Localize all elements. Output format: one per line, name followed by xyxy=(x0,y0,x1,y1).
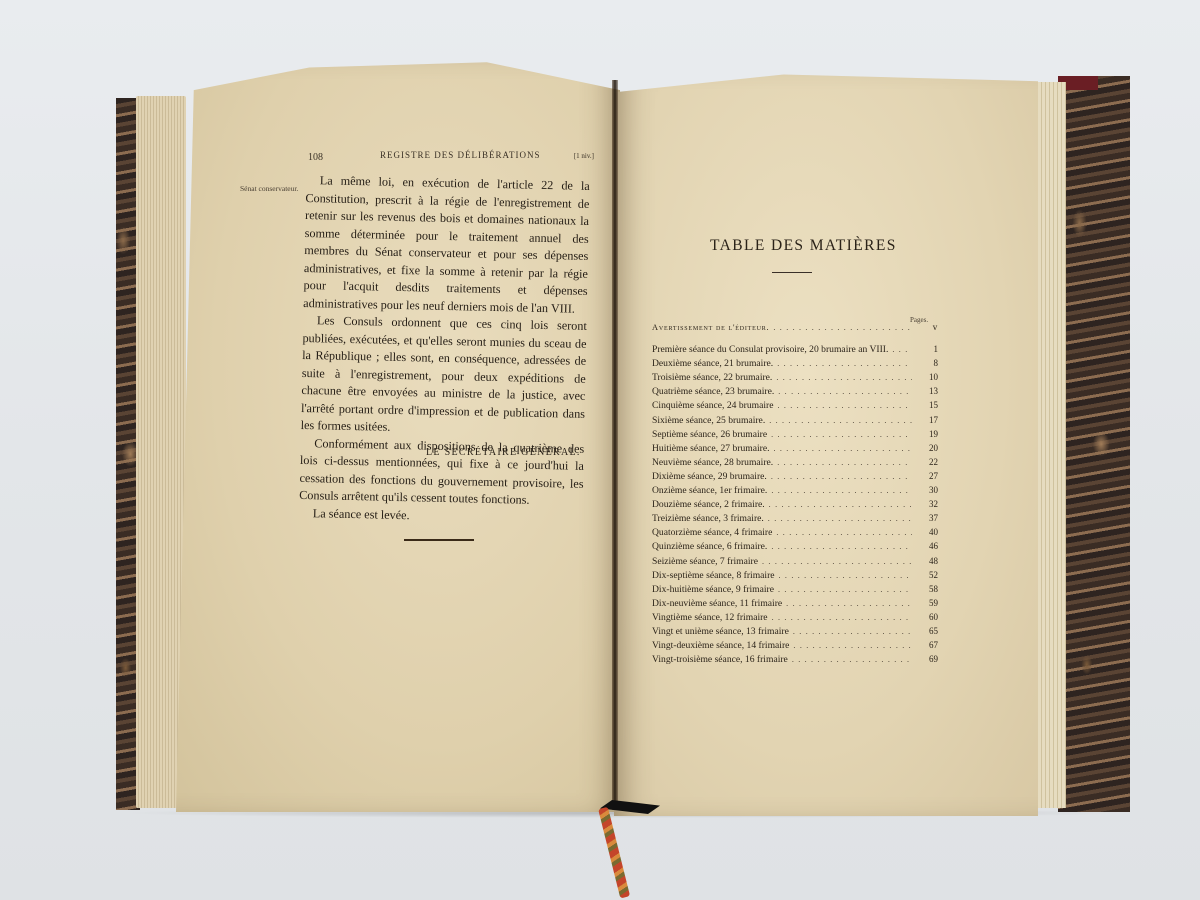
leader-dots: ........................................ xyxy=(771,542,912,551)
toc-row: Vingt et unième séance, 13 frimaire.....… xyxy=(652,626,938,640)
toc-row: Dix-huitième séance, 9 frimaire.........… xyxy=(652,584,938,598)
leader-dots: ........................................ xyxy=(771,472,912,481)
toc-entry-label: Dix-septième séance, 8 frimaire xyxy=(652,570,775,581)
toc-row: Quinzième séance, 6 frimaire............… xyxy=(652,541,938,555)
body-text: La même loi, en exécution de l'article 2… xyxy=(299,172,590,528)
toc-entry-page: 40 xyxy=(918,527,938,537)
paragraph: Conformément aux dispositions de la quat… xyxy=(299,434,584,510)
toc-entry-label: Vingt-deuxième séance, 14 frimaire xyxy=(652,640,789,651)
leader-dots: ........................................ xyxy=(769,500,912,509)
toc-entry-page: 17 xyxy=(918,415,938,425)
toc-title: TABLE DES MATIÈRES xyxy=(710,237,897,255)
leader-dots: ........................................ xyxy=(793,627,912,636)
toc-entry-label: Troisième séance, 22 brumaire. xyxy=(652,372,772,383)
toc-entry-label: Avertissement de l'éditeur. xyxy=(652,323,769,332)
toc-entry-label: Vingt et unième séance, 13 frimaire xyxy=(652,626,789,637)
leader-dots: ........................................ xyxy=(779,571,912,580)
toc-entry-label: Vingt-troisième séance, 16 frimaire xyxy=(652,654,788,665)
toc-entry-page: 67 xyxy=(918,640,938,650)
toc-entry-page: 15 xyxy=(918,400,938,410)
toc-entry-label: Onzième séance, 1er frimaire. xyxy=(652,485,767,496)
toc-row: Dixième séance, 29 brumaire.............… xyxy=(652,471,938,485)
toc-row: Deuxième séance, 21 brumaire............… xyxy=(652,358,938,372)
toc-row: Troisième séance, 22 brumaire...........… xyxy=(652,372,938,386)
toc-entry-label: Deuxième séance, 21 brumaire. xyxy=(652,358,773,369)
book-gutter xyxy=(612,80,618,810)
toc-row: Première séance du Consulat provisoire, … xyxy=(652,344,938,358)
title-rule-divider xyxy=(772,272,812,273)
running-head: 108 REGISTRE DES DÉLIBÉRATIONS [1 niv.] xyxy=(308,150,594,166)
end-rule-divider xyxy=(404,539,474,541)
toc-row: Treizième séance, 3 frimaire............… xyxy=(652,513,938,527)
toc-entry-label: Vingtième séance, 12 frimaire xyxy=(652,612,768,623)
toc-entry-label: Sixième séance, 25 brumaire. xyxy=(652,415,765,426)
toc-entry-page: 32 xyxy=(918,499,938,509)
toc-entry-label: Dixième séance, 29 brumaire. xyxy=(652,471,767,482)
bookmark-ribbon xyxy=(598,807,630,899)
toc-entry-label: Seizième séance, 7 frimaire xyxy=(652,556,758,567)
signature-line: LE SECRÉTAIRE GÉNÉRAL. xyxy=(426,447,581,458)
toc-row: Vingtième séance, 12 frimaire...........… xyxy=(652,612,938,626)
leader-dots: ........................................ xyxy=(793,641,912,650)
leader-dots: ........................................ xyxy=(773,444,912,453)
toc-entry-page: 30 xyxy=(918,485,938,495)
toc-row: Neuvième séance, 28 brumaire............… xyxy=(652,457,938,471)
toc-row-preface: Avertissement de l'éditeur. ............… xyxy=(652,322,938,336)
toc-entry-label: Septième séance, 26 brumaire xyxy=(652,429,767,440)
toc-row: Vingt-troisième séance, 16 frimaire.....… xyxy=(652,654,938,668)
paragraph: Les Consuls ordonnent que ces cinq lois … xyxy=(301,312,588,440)
toc-row: Onzième séance, 1er frimaire............… xyxy=(652,485,938,499)
toc-entry-label: Neuvième séance, 28 brumaire. xyxy=(652,457,773,468)
toc-entry-page: 20 xyxy=(918,443,938,453)
toc-row: Septième séance, 26 brumaire............… xyxy=(652,429,938,443)
toc-entry-label: Cinquième séance, 24 brumaire xyxy=(652,400,773,411)
toc-row: Cinquième séance, 24 brumaire...........… xyxy=(652,400,938,414)
toc-entry-page: 52 xyxy=(918,570,938,580)
toc-row: Quatrième séance, 23 brumaire...........… xyxy=(652,386,938,400)
toc-entry-page: 19 xyxy=(918,429,938,439)
toc-entry-page: 60 xyxy=(918,612,938,622)
toc-entry-page: 10 xyxy=(918,372,938,382)
toc-entry-label: Première séance du Consulat provisoire, … xyxy=(652,344,888,355)
toc-entry-label: Treizième séance, 3 frimaire. xyxy=(652,513,764,524)
toc-entry-page: 22 xyxy=(918,457,938,467)
toc-entry-label: Huitième séance, 27 brumaire. xyxy=(652,443,769,454)
leader-dots: ........................................ xyxy=(771,486,912,495)
toc-entry-page: 48 xyxy=(918,556,938,566)
toc-entry-label: Quinzième séance, 6 frimaire. xyxy=(652,541,767,552)
table-of-contents: Avertissement de l'éditeur. ............… xyxy=(652,322,938,668)
toc-entry-page: 13 xyxy=(918,386,938,396)
leader-dots: ........................................ xyxy=(892,345,912,354)
toc-entry-label: Dix-neuvième séance, 11 frimaire xyxy=(652,598,782,609)
toc-entry-label: Dix-huitième séance, 9 frimaire xyxy=(652,584,774,595)
toc-entry-page: v xyxy=(918,322,938,332)
toc-entry-page: 1 xyxy=(918,344,938,354)
leader-dots: ........................................ xyxy=(768,514,912,523)
toc-entry-label: Douzième séance, 2 frimaire. xyxy=(652,499,765,510)
leader-dots: ........................................ xyxy=(778,585,912,594)
toc-entry-page: 59 xyxy=(918,598,938,608)
toc-row: Seizième séance, 7 frimaire.............… xyxy=(652,556,938,570)
leader-dots: ........................................ xyxy=(769,416,912,425)
toc-row: Vingt-deuxième séance, 14 frimaire......… xyxy=(652,640,938,654)
open-book-photo: 108 REGISTRE DES DÉLIBÉRATIONS [1 niv.] … xyxy=(0,0,1200,900)
toc-row: Sixième séance, 25 brumaire.............… xyxy=(652,415,938,429)
page-stack-left xyxy=(136,96,186,808)
leader-dots: ........................................ xyxy=(792,655,912,664)
toc-entry-page: 8 xyxy=(918,358,938,368)
toc-entry-page: 69 xyxy=(918,654,938,664)
toc-row: Douzième séance, 2 frimaire.............… xyxy=(652,499,938,513)
toc-entry-page: 27 xyxy=(918,471,938,481)
leader-dots: ........................................ xyxy=(776,528,912,537)
margin-note: Sénat conservateur. xyxy=(240,184,298,193)
toc-row: Dix-neuvième séance, 11 frimaire........… xyxy=(652,598,938,612)
marbled-cover-right xyxy=(1058,76,1130,812)
running-title: REGISTRE DES DÉLIBÉRATIONS xyxy=(380,150,541,160)
toc-entry-page: 65 xyxy=(918,626,938,636)
leader-dots: ........................................ xyxy=(771,430,912,439)
toc-entry-page: 37 xyxy=(918,513,938,523)
toc-entry-label: Quatrième séance, 23 brumaire. xyxy=(652,386,774,397)
leader-dots: ........................................ xyxy=(773,323,912,332)
paragraph: La même loi, en exécution de l'article 2… xyxy=(303,172,590,318)
leader-dots: ........................................ xyxy=(776,373,912,382)
toc-row: Dix-septième séance, 8 frimaire.........… xyxy=(652,570,938,584)
leader-dots: ........................................ xyxy=(778,387,912,396)
toc-row: Huitième séance, 27 brumaire............… xyxy=(652,443,938,457)
leader-dots: ........................................ xyxy=(777,359,912,368)
signature-mark: [1 niv.] xyxy=(574,152,594,160)
leader-dots: ........................................ xyxy=(772,613,912,622)
toc-entry-label: Quatorzième séance, 4 frimaire xyxy=(652,527,772,538)
toc-row: Quatorzième séance, 4 frimaire..........… xyxy=(652,527,938,541)
leader-dots: ........................................ xyxy=(777,458,912,467)
toc-entry-page: 46 xyxy=(918,541,938,551)
leader-dots: ........................................ xyxy=(762,557,912,566)
leader-dots: ........................................ xyxy=(777,401,912,410)
toc-entry-page: 58 xyxy=(918,584,938,594)
leader-dots: ........................................ xyxy=(786,599,912,608)
page-number: 108 xyxy=(308,152,323,163)
